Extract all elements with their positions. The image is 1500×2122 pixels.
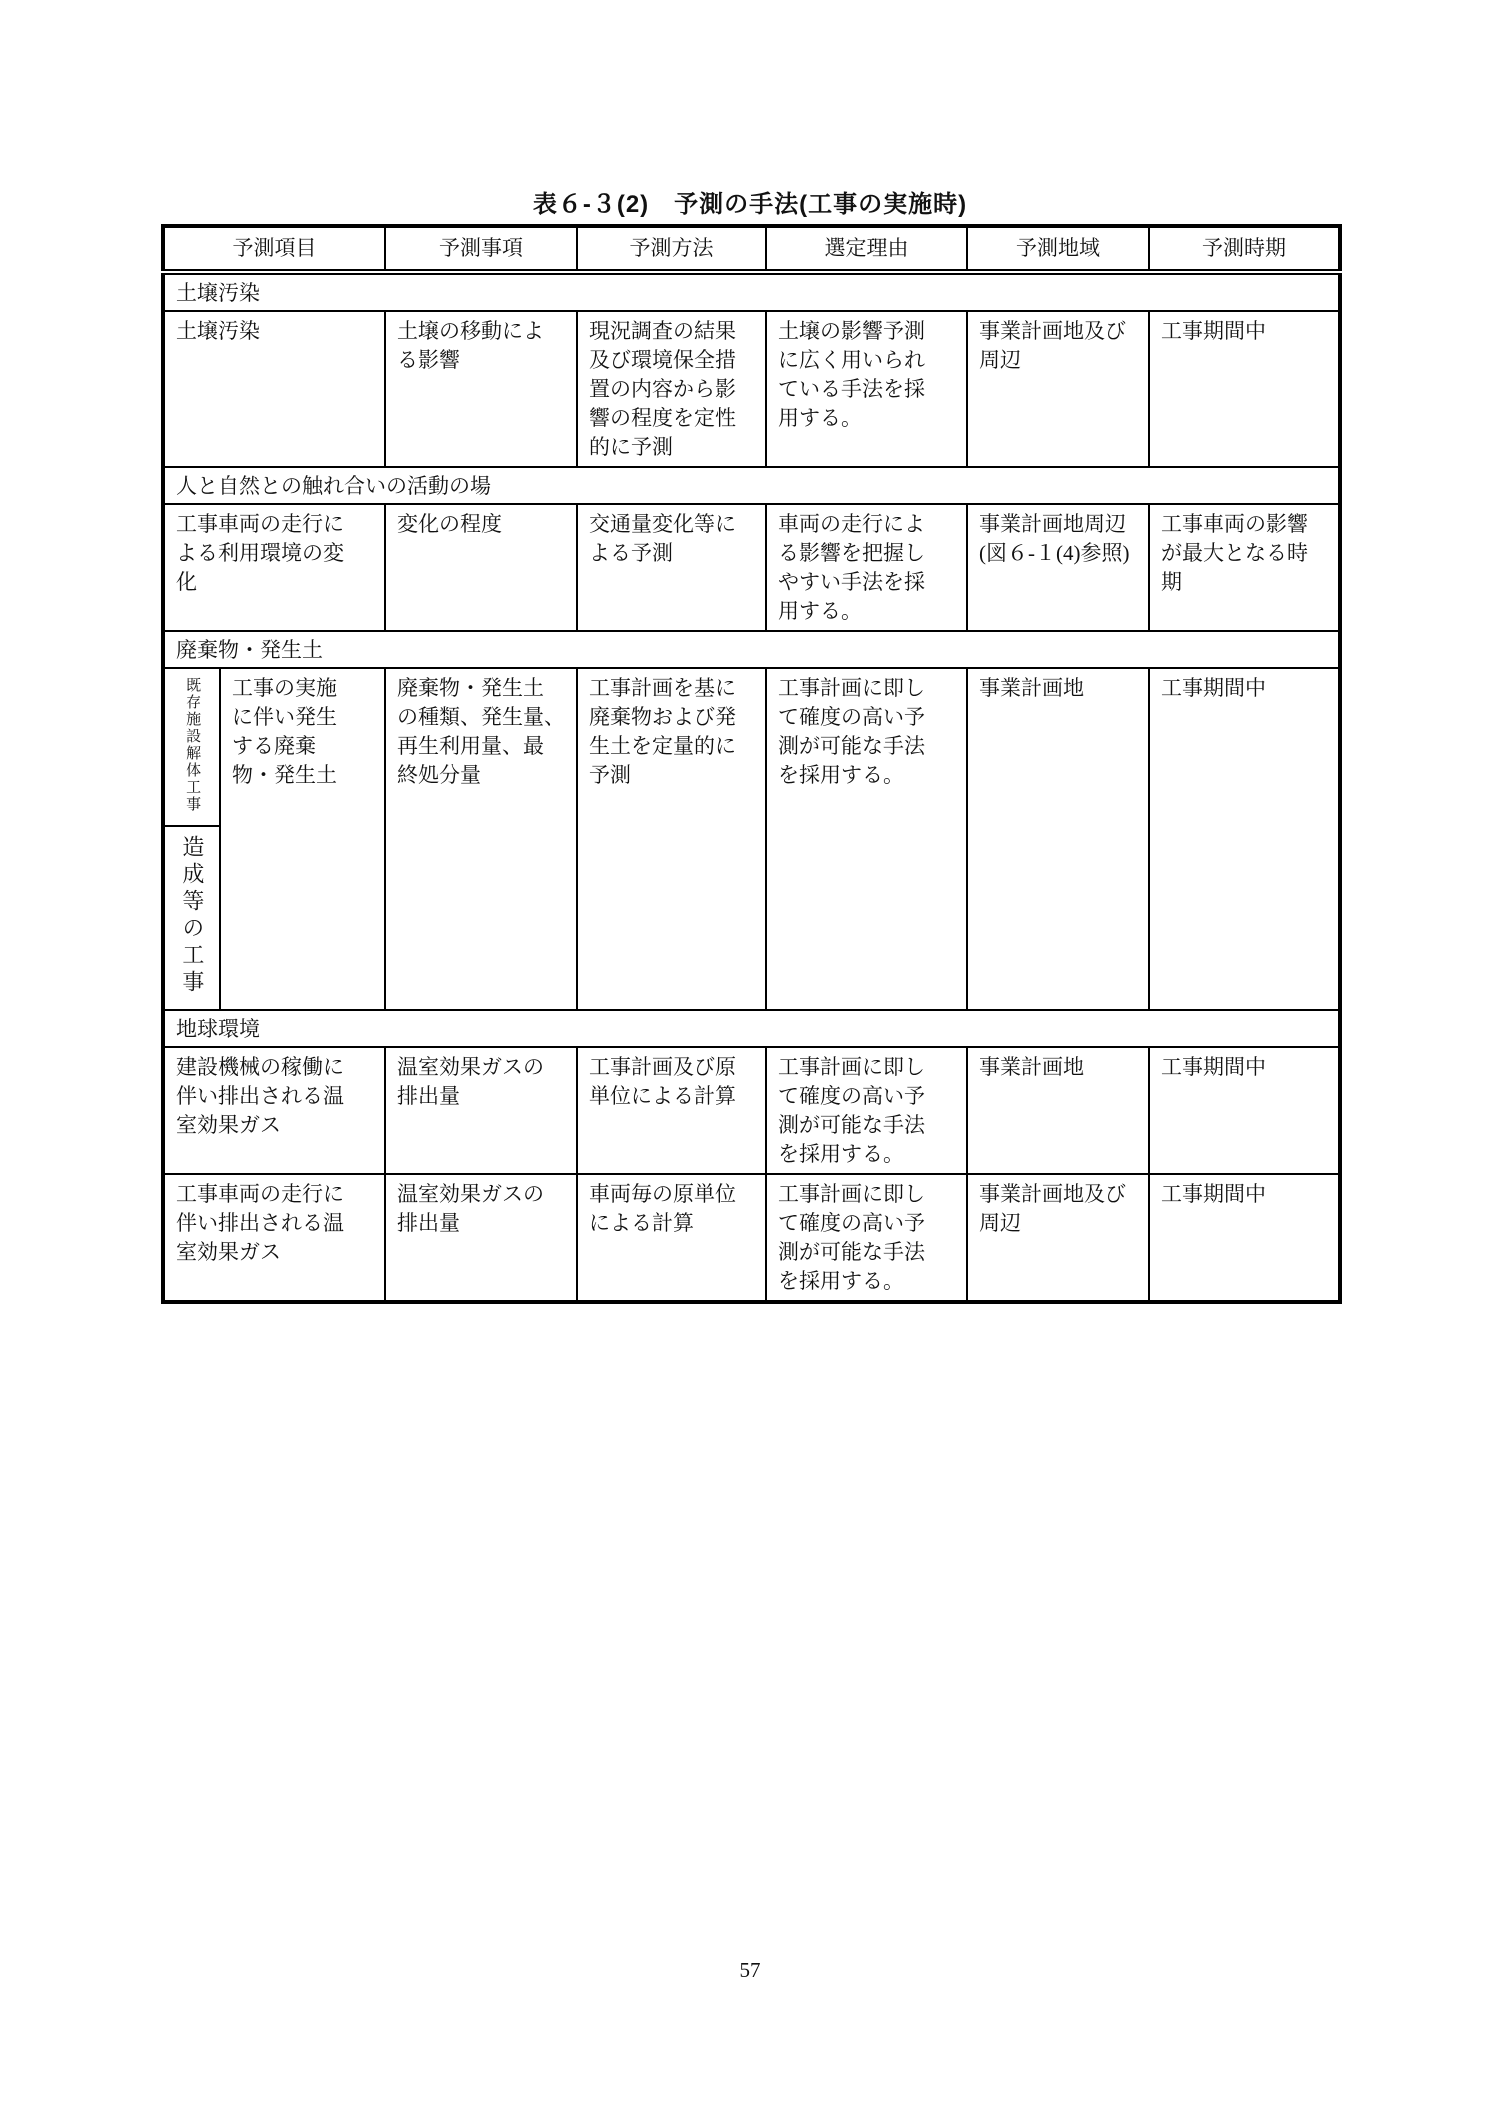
cell-waste-method: 工事計画を基に 廃棄物および発 生土を定量的に 予測 — [577, 668, 766, 1010]
cell-waste-matter: 廃棄物・発生土 の種類、発生量、 再生利用量、最 終処分量 — [385, 668, 577, 1010]
vertical-label-demolition-works: 既存施設解体工事 — [182, 677, 202, 813]
cell-waste-reason: 工事計画に即し て確度の高い予 測が可能な手法 を採用する。 — [766, 668, 967, 1010]
header-cell-prediction-method: 予測方法 — [577, 226, 766, 272]
section-title-soil: 土壌汚染 — [163, 272, 1340, 311]
header-cell-prediction-area: 予測地域 — [967, 226, 1149, 272]
cell-waste-sub-grading: 造成等の工事 — [163, 826, 220, 1010]
cell-nature-time: 工事車両の影響 が最大となる時 期 — [1149, 504, 1340, 631]
table-header-row: 予測項目 予測事項 予測方法 選定理由 予測地域 予測時期 — [163, 226, 1340, 272]
cell-global2-time: 工事期間中 — [1149, 1174, 1340, 1302]
cell-global2-area: 事業計画地及び 周辺 — [967, 1174, 1149, 1302]
section-row-waste: 廃棄物・発生土 — [163, 631, 1340, 668]
header-cell-prediction-matter: 予測事項 — [385, 226, 577, 272]
cell-global1-item: 建設機械の稼働に 伴い排出される温 室効果ガス — [163, 1047, 385, 1174]
cell-global2-reason: 工事計画に即し て確度の高い予 測が可能な手法 を採用する。 — [766, 1174, 967, 1302]
cell-waste-item: 工事の実施 に伴い発生 する廃棄 物・発生土 — [220, 668, 385, 1010]
data-row-ghg-vehicles: 工事車両の走行に 伴い排出される温 室効果ガス 温室効果ガスの 排出量 車両毎の… — [163, 1174, 1340, 1302]
data-row-waste-demolition: 既存施設解体工事 工事の実施 に伴い発生 する廃棄 物・発生土 廃棄物・発生土 … — [163, 668, 1340, 826]
cell-nature-area: 事業計画地周辺 (図６-１(4)参照) — [967, 504, 1149, 631]
cell-soil-area: 事業計画地及び 周辺 — [967, 311, 1149, 467]
data-row-soil: 土壌汚染 土壌の移動によ る影響 現況調査の結果 及び環境保全措 置の内容から影… — [163, 311, 1340, 467]
cell-nature-reason: 車両の走行によ る影響を把握し やすい手法を採 用する。 — [766, 504, 967, 631]
cell-global1-reason: 工事計画に即し て確度の高い予 測が可能な手法 を採用する。 — [766, 1047, 967, 1174]
cell-global1-time: 工事期間中 — [1149, 1047, 1340, 1174]
cell-nature-matter: 変化の程度 — [385, 504, 577, 631]
document-page: 表６-３(2) 予測の手法(工事の実施時) 予測項目 予測事項 予測方法 選定理… — [0, 0, 1500, 2122]
section-row-soil-contamination: 土壌汚染 — [163, 272, 1340, 311]
cell-global1-method: 工事計画及び原 単位による計算 — [577, 1047, 766, 1174]
header-cell-selection-reason: 選定理由 — [766, 226, 967, 272]
cell-waste-sub-demolition: 既存施設解体工事 — [163, 668, 220, 826]
cell-global1-matter: 温室効果ガスの 排出量 — [385, 1047, 577, 1174]
section-row-nature-interaction: 人と自然との触れ合いの活動の場 — [163, 467, 1340, 504]
prediction-methods-table: 予測項目 予測事項 予測方法 選定理由 予測地域 予測時期 土壌汚染 土壌汚染 … — [161, 224, 1342, 1304]
cell-global2-method: 車両毎の原単位 による計算 — [577, 1174, 766, 1302]
cell-soil-time: 工事期間中 — [1149, 311, 1340, 467]
cell-waste-area: 事業計画地 — [967, 668, 1149, 1010]
section-title-nature: 人と自然との触れ合いの活動の場 — [163, 467, 1340, 504]
vertical-label-grading-works: 造成等の工事 — [177, 835, 207, 997]
cell-global2-matter: 温室効果ガスの 排出量 — [385, 1174, 577, 1302]
cell-soil-item: 土壌汚染 — [163, 311, 385, 467]
table-title: 表６-３(2) 予測の手法(工事の実施時) — [0, 184, 1500, 219]
cell-soil-reason: 土壌の影響予測 に広く用いられ ている手法を採 用する。 — [766, 311, 967, 467]
cell-soil-matter: 土壌の移動によ る影響 — [385, 311, 577, 467]
cell-soil-method: 現況調査の結果 及び環境保全措 置の内容から影 響の程度を定性 的に予測 — [577, 311, 766, 467]
cell-nature-item: 工事車両の走行に よる利用環境の変 化 — [163, 504, 385, 631]
section-row-global-environment: 地球環境 — [163, 1010, 1340, 1047]
header-cell-prediction-period: 予測時期 — [1149, 226, 1340, 272]
cell-nature-method: 交通量変化等に よる予測 — [577, 504, 766, 631]
header-cell-prediction-item: 予測項目 — [163, 226, 385, 272]
data-row-ghg-machinery: 建設機械の稼働に 伴い排出される温 室効果ガス 温室効果ガスの 排出量 工事計画… — [163, 1047, 1340, 1174]
cell-global1-area: 事業計画地 — [967, 1047, 1149, 1174]
cell-waste-time: 工事期間中 — [1149, 668, 1340, 1010]
data-row-vehicle-environment: 工事車両の走行に よる利用環境の変 化 変化の程度 交通量変化等に よる予測 車… — [163, 504, 1340, 631]
page-number: 57 — [0, 1958, 1500, 1983]
cell-global2-item: 工事車両の走行に 伴い排出される温 室効果ガス — [163, 1174, 385, 1302]
section-title-waste: 廃棄物・発生土 — [163, 631, 1340, 668]
section-title-global: 地球環境 — [163, 1010, 1340, 1047]
